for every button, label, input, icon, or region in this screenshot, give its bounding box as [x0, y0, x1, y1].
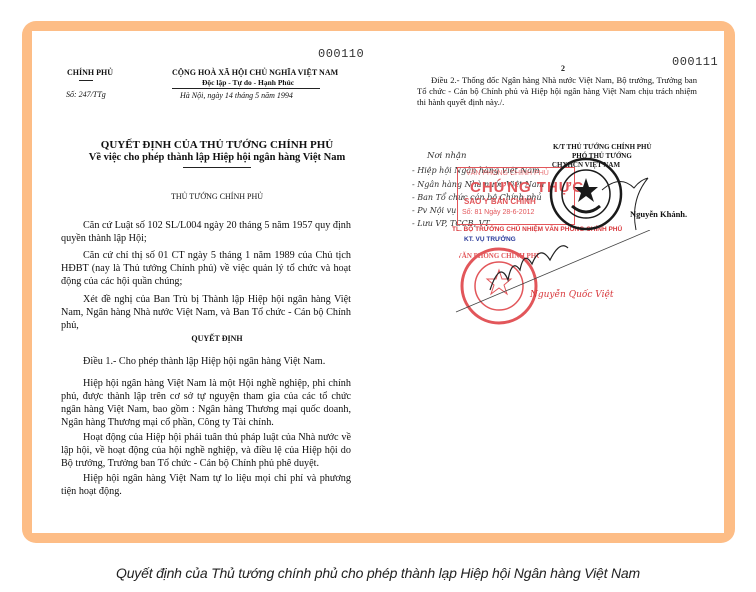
svg-text:CHXHCN VIỆT NAM: CHXHCN VIỆT NAM — [552, 161, 621, 169]
preamble-1: Căn cứ Luật số 102 SL/L004 ngày 20 tháng… — [61, 219, 351, 245]
motto: Độc lập - Tự do - Hạnh Phúc — [202, 78, 294, 87]
issuer-underline — [79, 80, 93, 81]
figure-caption: Quyết định của Thủ tướng chính phủ cho p… — [0, 565, 756, 581]
recipients-heading: Nơi nhận — [427, 151, 466, 161]
page-number: 2 — [561, 64, 565, 73]
preamble-3: Xét đề nghị của Ban Trù bị Thành lập Hiệ… — [61, 293, 351, 332]
signer-name: Nguyễn Khánh. — [630, 209, 687, 219]
subtitle-rule — [183, 167, 251, 168]
authority: THỦ TƯỚNG CHÍNH PHỦ — [32, 192, 402, 201]
stamp-line-3: SAO Y BẢN CHÍNH — [464, 197, 536, 206]
copy-signature-icon — [450, 230, 670, 320]
document-title: QUYẾT ĐỊNH CỦA THỦ TƯỚNG CHÍNH PHỦ — [32, 139, 402, 151]
sign-title-1: K/T THỦ TƯỚNG CHÍNH PHỦ — [553, 143, 652, 151]
doc-number: Số: 247/TTg — [66, 90, 106, 99]
copy-signer-name: Nguyễn Quốc Việt — [530, 290, 613, 300]
document-subtitle: Về việc cho phép thành lập Hiệp hội ngân… — [32, 152, 402, 163]
stamp-line-1: VĂN PHÒNG CHÍNH PHỦ — [466, 170, 549, 177]
decision-heading: QUYẾT ĐỊNH — [32, 334, 402, 343]
page1-serial: 000110 — [318, 47, 364, 61]
article-1: Điều 1.- Cho phép thành lập Hiệp hội ngâ… — [61, 355, 351, 368]
body-2: Hoạt động của Hiệp hội phải tuân thủ phá… — [61, 431, 351, 470]
recipient-4: - Pv Nội vụ — [412, 206, 456, 215]
body-3: Hiệp hội ngân hàng Việt Nam tự lo liệu m… — [61, 472, 351, 498]
republic-header: CỘNG HOÀ XÃ HỘI CHỦ NGHĨA VIỆT NAM — [172, 68, 338, 77]
article-2: Điều 2.- Thống đốc Ngân hàng Nhà nước Vi… — [417, 75, 697, 108]
issuer: CHÍNH PHỦ — [67, 68, 113, 77]
stamp-line-4: Số: 81 Ngày 28-6-2012 — [462, 209, 534, 216]
motto-rule — [172, 88, 320, 89]
body-1: Hiệp hội ngân hàng Việt Nam là một Hội n… — [61, 377, 351, 429]
date-line: Hà Nội, ngày 14 tháng 5 năm 1994 — [180, 91, 293, 100]
preamble-2: Căn cứ chỉ thị số 01 CT ngày 5 tháng 1 n… — [61, 249, 351, 288]
page2-serial: 000111 — [672, 55, 718, 69]
